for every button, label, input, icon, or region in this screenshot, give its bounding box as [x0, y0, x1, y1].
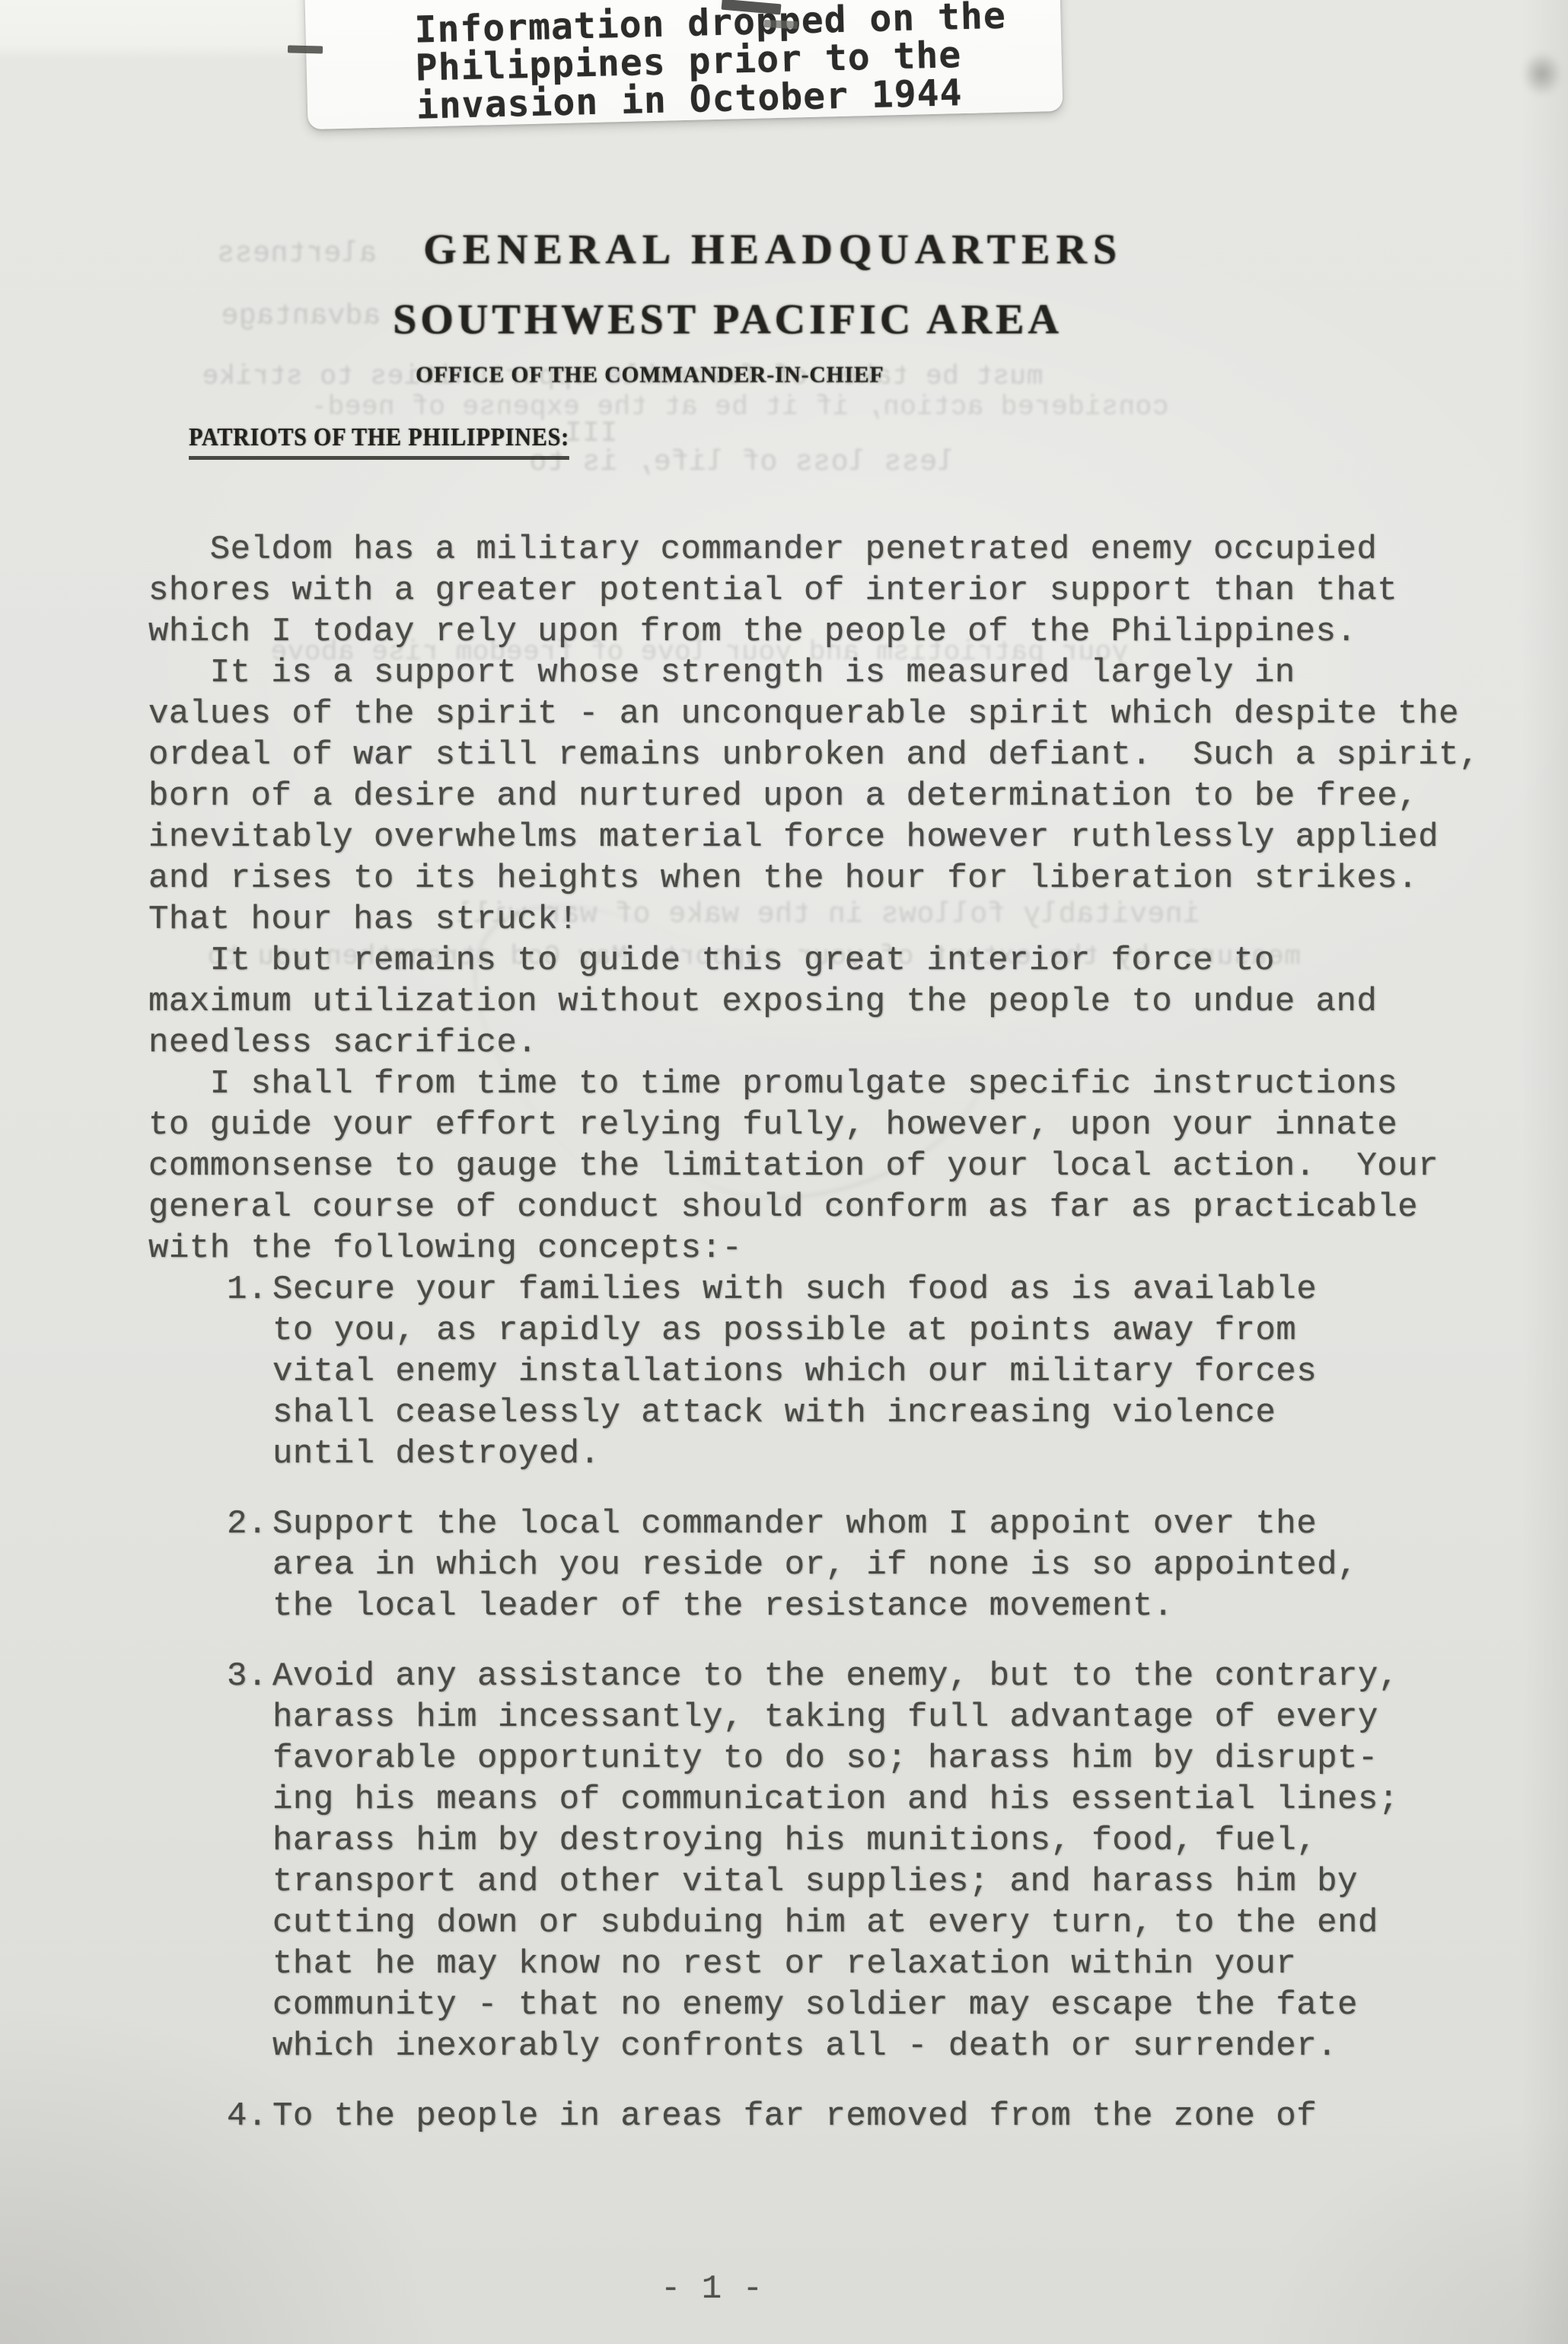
paragraph-3: It but remains to guide this great inter…	[148, 940, 1541, 1064]
background-sheet-edge	[0, 0, 327, 59]
list-item-text: Secure your families with such food as i…	[272, 1269, 1317, 1475]
list-item-3: 3. Avoid any assistance to the enemy, bu…	[227, 1656, 1541, 2067]
letterhead-line-1: GENERAL HEADQUARTERS	[423, 225, 1123, 274]
salutation: PATRIOTS OF THE PHILIPPINES:	[189, 423, 569, 460]
pen-dash-mark	[288, 45, 323, 53]
document-body: Seldom has a military commander penetrat…	[148, 529, 1541, 2166]
paper-smudge	[1522, 52, 1562, 96]
list-item-number: 4.	[227, 2096, 272, 2137]
paragraph-2: It is a support whose strength is measur…	[148, 652, 1541, 940]
paragraph-4: I shall from time to time promulgate spe…	[148, 1064, 1541, 1269]
page-number: - 1 -	[661, 2270, 763, 2308]
list-item-4: 4. To the people in areas far removed fr…	[227, 2096, 1541, 2137]
bleed-through-text: alertness	[217, 238, 377, 270]
list-item-number: 3.	[227, 1656, 272, 2067]
list-item-text: Avoid any assistance to the enemy, but t…	[272, 1656, 1399, 2067]
list-item-2: 2. Support the local commander whom I ap…	[227, 1504, 1541, 1627]
list-item-text: To the people in areas far removed from …	[272, 2096, 1317, 2137]
list-item-text: Support the local commander whom I appoi…	[272, 1504, 1358, 1627]
letterhead-line-2: SOUTHWEST PACIFIC AREA	[393, 295, 1063, 344]
note-card: Information dropped on the Philippines p…	[304, 0, 1063, 129]
bleed-through-text: considered action, if it be at the expen…	[311, 391, 1168, 423]
paragraph-1: Seldom has a military commander penetrat…	[148, 529, 1541, 652]
list-item-1: 1. Secure your families with such food a…	[227, 1269, 1541, 1475]
list-item-number: 1.	[227, 1269, 272, 1475]
list-item-number: 2.	[227, 1504, 272, 1627]
note-card-text: Information dropped on the Philippines p…	[304, 0, 1063, 128]
letterhead-line-3: OFFICE OF THE COMMANDER-IN-CHIEF	[416, 361, 884, 388]
bleed-through-text: less loss of life, is to	[529, 446, 955, 479]
scanned-document-page: alertness advantage must be taken of fav…	[0, 0, 1568, 2344]
bleed-through-text: advantage	[221, 300, 381, 333]
